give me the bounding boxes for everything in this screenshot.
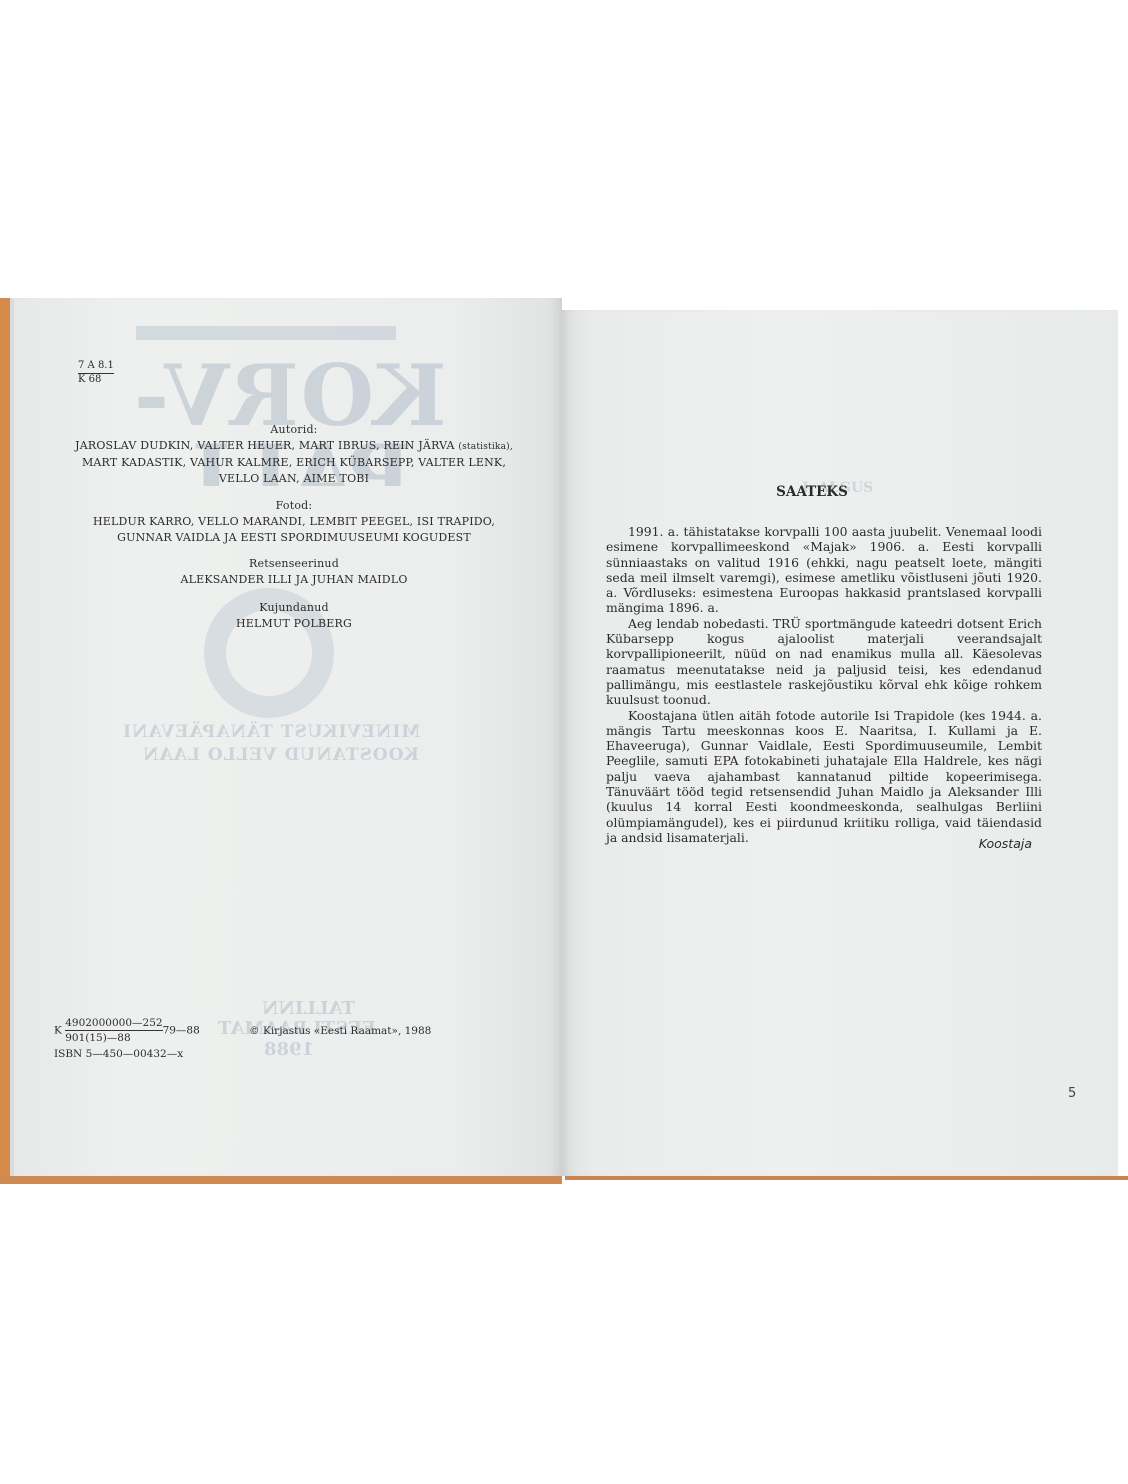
designer-name: HELMUT POLBERG xyxy=(54,616,534,632)
isbn: ISBN 5—450—00432—x xyxy=(54,1048,534,1060)
photos-block: Fotod: HELDUR KARRO, VELLO MARANDI, LEMB… xyxy=(54,498,534,546)
signature: Koostaja xyxy=(900,836,1032,851)
authors-line-2: MART KADASTIK, VAHUR KALMRE, ERICH KÜBAR… xyxy=(54,455,534,471)
classification-code: 7 A 8.1 K 68 xyxy=(78,360,114,386)
photos-line-1: HELDUR KARRO, VELLO MARANDI, LEMBIT PEEG… xyxy=(54,514,534,530)
left-page: KORV- PALL MINEVIKUST TÄNAPÄEVANI KOOSTA… xyxy=(10,298,562,1176)
foreword-body: 1991. a. tähistatakse korvpalli 100 aast… xyxy=(606,524,1042,845)
designer-label: Kujundanud xyxy=(54,600,534,616)
paragraph-2: Aeg lendab nobedasti. TRÜ sportmängude k… xyxy=(606,616,1042,708)
section-title: SAATEKS xyxy=(562,484,1062,500)
imprint-fraction: 4902000000—252 901(15)—88 xyxy=(65,1016,162,1045)
paragraph-3: Koostajana ütlen aitäh fotode autorile I… xyxy=(606,708,1042,846)
authors-line-3: VELLO LAAN, AIME TOBI xyxy=(54,471,534,487)
designer-block: Kujundanud HELMUT POLBERG xyxy=(54,600,534,632)
authors-label: Autorid: xyxy=(54,422,534,438)
classification-bottom: K 68 xyxy=(78,374,101,385)
copyright-notice: © Kirjastus «Eesti Raamat», 1988 xyxy=(249,1025,431,1037)
open-book: KORV- PALL MINEVIKUST TÄNAPÄEVANI KOOSTA… xyxy=(0,298,1128,1186)
ghost-subtitle-1: MINEVIKUST TÄNAPÄEVANI xyxy=(122,722,420,742)
statistika-note: (statistika), xyxy=(458,442,513,452)
reviewers-label: Retsenseerinud xyxy=(54,556,534,572)
ghost-subtitle-2: KOOSTANUD VELLO LAAN xyxy=(142,745,419,765)
imprint-line: K 4902000000—252 901(15)—88 79—88 © Kirj… xyxy=(54,1016,534,1045)
reviewers-names: ALEKSANDER ILLI JA JUHAN MAIDLO xyxy=(54,572,534,588)
imprint: K 4902000000—252 901(15)—88 79—88 © Kirj… xyxy=(54,1016,534,1060)
imprint-k: K xyxy=(54,1025,62,1037)
fraction-bottom: 901(15)—88 xyxy=(65,1032,130,1044)
classification-top: 7 A 8.1 xyxy=(78,360,114,374)
page-number: 5 xyxy=(1068,1086,1076,1101)
imprint-suffix: 79—88 xyxy=(163,1025,200,1037)
cover-edge-left xyxy=(0,1176,562,1184)
photos-line-2: GUNNAR VAIDLA JA EESTI SPORDIMUUSEUMI KO… xyxy=(54,530,534,546)
ghost-bar xyxy=(136,326,396,340)
fraction-top: 4902000000—252 xyxy=(65,1016,162,1031)
cover-edge-right xyxy=(565,1176,1128,1180)
reviewers-block: Retsenseerinud ALEKSANDER ILLI JA JUHAN … xyxy=(54,556,534,588)
authors-line-1: JAROSLAV DUDKIN, VALTER HEUER, MART IBRU… xyxy=(54,438,534,455)
authors-line-1-text: JAROSLAV DUDKIN, VALTER HEUER, MART IBRU… xyxy=(75,439,455,452)
authors-block: Autorid: JAROSLAV DUDKIN, VALTER HEUER, … xyxy=(54,422,534,487)
paragraph-1: 1991. a. tähistatakse korvpalli 100 aast… xyxy=(606,524,1042,616)
photos-label: Fotod: xyxy=(54,498,534,514)
